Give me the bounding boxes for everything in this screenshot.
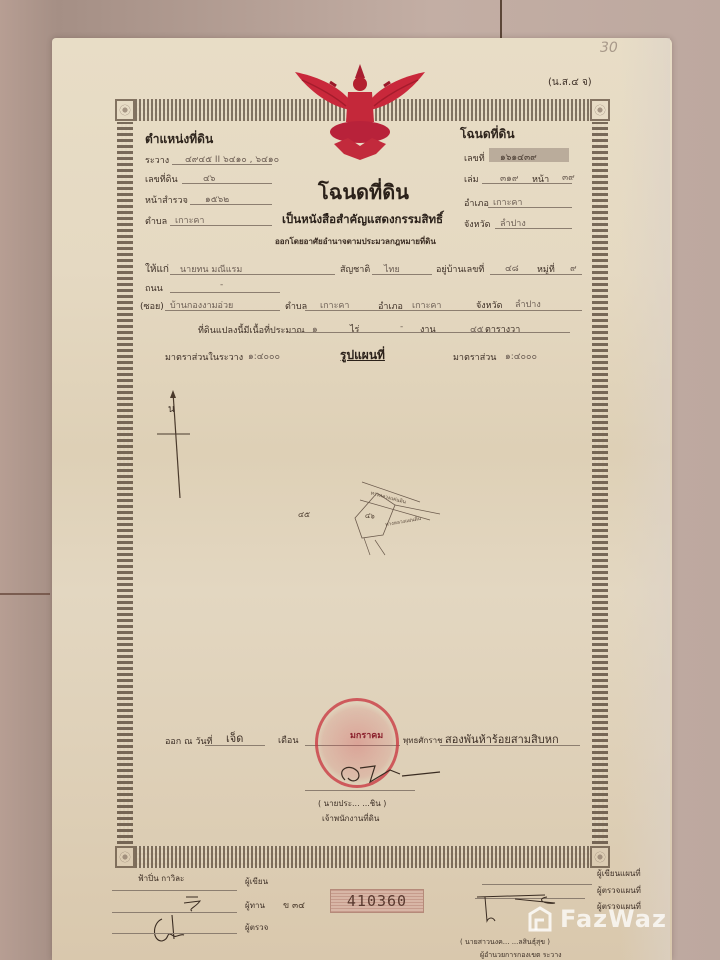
fazwaz-logo-icon <box>526 906 556 932</box>
checker-signature <box>178 893 208 913</box>
page-value: ๓๙ <box>562 170 575 184</box>
land-no-label: เลขที่ดิน <box>145 172 178 186</box>
wall-seam <box>500 0 502 40</box>
land-no-underline <box>182 183 272 184</box>
soi-underline <box>165 310 280 311</box>
map-officer-name: ( นายสาวนงค... ...ลสินธุ์สุข ) <box>460 937 550 948</box>
given-to-underline <box>170 274 335 275</box>
garuda-emblem-icon <box>290 62 430 166</box>
parcel-label-left: ๔๕ <box>298 508 310 521</box>
area-sqwa-label: ตารางวา <box>485 322 520 336</box>
fazwaz-watermark: FazWaz <box>560 905 667 933</box>
volume-label: เล่ม <box>464 172 479 186</box>
province-label: จังหวัด <box>464 217 491 231</box>
volume-underline <box>482 183 572 184</box>
map-scale-label: มาตราส่วน <box>453 350 496 364</box>
area-sqwa-value: ๔๕ <box>470 322 484 336</box>
inspector-line <box>112 933 237 934</box>
survey-page-label: หน้าสำรวจ <box>145 193 188 207</box>
checker-code: ข ๓๔ <box>283 898 305 912</box>
map-title: รูปแผนที่ <box>340 346 385 365</box>
writer-label: ผู้เขียน <box>245 875 268 888</box>
paper-fold-shadow <box>620 38 670 960</box>
border-right <box>592 122 608 844</box>
house-no-underline <box>490 274 582 275</box>
deed-number-label: เลขที่ <box>464 151 485 165</box>
officer-title: เจ้าพนักงานที่ดิน <box>322 812 379 825</box>
house-no-value: ๔๘ <box>505 261 519 275</box>
map-scale-value: ๑:๔๐๐๐ <box>505 349 537 363</box>
nationality-underline <box>372 274 432 275</box>
survey-page-underline <box>190 204 272 205</box>
officer-signature-line <box>305 790 415 791</box>
moo-value: ๙ <box>570 261 577 275</box>
area-ngan-value: - <box>400 322 403 332</box>
amphoe-label: อำเภอ <box>464 196 489 210</box>
inspector-signature <box>150 913 200 945</box>
tambon-label: ตำบล <box>145 214 167 228</box>
document-subtitle: เป็นหนังสือสำคัญแสดงกรรมสิทธิ์ <box>282 211 443 229</box>
issued-by-text: ออกโดยอาศัยอำนาจตามประมวลกฎหมายที่ดิน <box>275 235 436 248</box>
corner-ornament-icon <box>115 846 135 868</box>
map-writer-label: ผู้เขียนแผนที่ <box>597 867 641 880</box>
map-writer-line <box>482 884 592 885</box>
parcel-map-sketch <box>150 390 480 570</box>
area-ngan-label: งาน <box>420 322 436 336</box>
rawang-scale-label: มาตราส่วนในระวาง <box>165 350 243 364</box>
corner-ornament-icon <box>590 846 610 868</box>
area-rai-value: ๑ <box>312 322 318 336</box>
house-no-label: อยู่บ้านเลขที่ <box>436 262 484 276</box>
inspector-label: ผู้ตรวจ <box>245 921 268 934</box>
month-value: มกราคม <box>350 728 383 742</box>
area-label: ที่ดินแปลงนี้มีเนื้อที่ประมาณ <box>198 323 305 337</box>
rawang-scale-value: ๑:๔๐๐๐ <box>248 349 280 363</box>
form-code: (น.ส.๔ จ) <box>548 75 592 90</box>
land-location-heading: ตำแหน่งที่ดิน <box>145 130 213 149</box>
border-left <box>117 122 133 844</box>
amphoe-underline <box>488 207 572 208</box>
serial-number: 410360 <box>330 889 424 913</box>
owner-tambon-label: ตำบล <box>285 299 307 313</box>
officer-name: ( นายประ... ...ชิน ) <box>318 797 386 810</box>
given-to-label: ให้แก่ <box>145 262 169 277</box>
north-label: น <box>168 402 175 417</box>
owner-province-value: ลำปาง <box>515 297 541 311</box>
corner-ornament-icon <box>590 99 610 121</box>
road-value: - <box>220 280 223 290</box>
floor-line <box>0 593 50 595</box>
month-label: เดือน <box>278 733 298 747</box>
province-underline <box>495 228 572 229</box>
parcel-label-center: ๔๖ <box>365 511 375 522</box>
road-label: ถนน <box>145 281 163 295</box>
officer-signature <box>330 760 450 790</box>
border-bottom <box>135 846 590 868</box>
tambon-underline <box>170 225 272 226</box>
rawang-underline <box>172 164 272 165</box>
map-checker-label: ผู้ตรวจแผนที่ <box>597 884 641 897</box>
deed-heading: โฉนดที่ดิน <box>460 125 515 144</box>
document-title: โฉนดที่ดิน <box>318 176 409 208</box>
road-underline <box>170 292 280 293</box>
writer-line <box>112 890 237 891</box>
owner-address-underline <box>305 310 582 311</box>
year-label: พุทธศักราช <box>403 734 443 747</box>
year-underline <box>440 745 580 746</box>
corner-ornament-icon <box>115 99 135 121</box>
checker-label: ผู้ทาน <box>245 899 265 912</box>
writer-signature: ฟ้าปิ่น กาวิละ <box>138 872 184 885</box>
nationality-label: สัญชาติ <box>340 262 370 276</box>
map-officer-title: ผู้อำนวยการกองเขต ระวาง <box>480 950 562 960</box>
deed-number-value: ๑๖๑๔๓๙ <box>500 150 537 164</box>
soi-label: (ซอย) <box>140 299 164 313</box>
page-corner-note: 30 <box>600 40 618 56</box>
day-value: เจ็ด <box>226 729 243 747</box>
rawang-label: ระวาง <box>145 153 169 167</box>
area-rai-label: ไร่ <box>350 322 359 336</box>
